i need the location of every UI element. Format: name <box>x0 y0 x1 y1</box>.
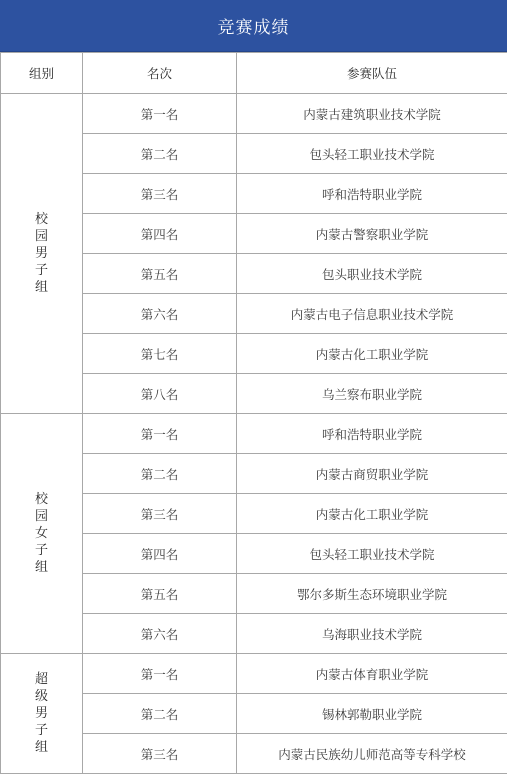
rank-cell: 第三名 <box>83 494 237 534</box>
rank-cell: 第五名 <box>83 254 237 294</box>
rank-cell: 第二名 <box>83 454 237 494</box>
team-cell: 呼和浩特职业学院 <box>237 414 507 454</box>
rank-cell: 第四名 <box>83 534 237 574</box>
column-header-group: 组别 <box>1 53 83 94</box>
rank-cell: 第五名 <box>83 574 237 614</box>
team-cell: 内蒙古化工职业学院 <box>237 334 507 374</box>
rank-cell: 第一名 <box>83 414 237 454</box>
team-cell: 鄂尔多斯生态环境职业学院 <box>237 574 507 614</box>
group-label: 校园男子组 <box>35 211 49 296</box>
column-header-rank: 名次 <box>83 53 237 94</box>
team-cell: 包头职业技术学院 <box>237 254 507 294</box>
team-cell: 内蒙古电子信息职业技术学院 <box>237 294 507 334</box>
team-cell: 内蒙古体育职业学院 <box>237 654 507 694</box>
team-cell: 内蒙古商贸职业学院 <box>237 454 507 494</box>
team-cell: 乌海职业技术学院 <box>237 614 507 654</box>
group-cell: 超级男子组 <box>1 654 83 774</box>
group-cell: 校园男子组 <box>1 94 83 414</box>
rank-cell: 第一名 <box>83 654 237 694</box>
group-cell: 校园女子组 <box>1 414 83 654</box>
team-cell: 包头轻工职业技术学院 <box>237 534 507 574</box>
table-title: 竞赛成绩 <box>218 13 290 38</box>
rank-cell: 第七名 <box>83 334 237 374</box>
team-cell: 内蒙古化工职业学院 <box>237 494 507 534</box>
rank-cell: 第一名 <box>83 94 237 134</box>
group-label: 校园女子组 <box>35 491 49 576</box>
table-title-bar: 竞赛成绩 <box>0 0 507 52</box>
team-cell: 内蒙古建筑职业技术学院 <box>237 94 507 134</box>
rank-cell: 第六名 <box>83 614 237 654</box>
team-cell: 呼和浩特职业学院 <box>237 174 507 214</box>
team-cell: 内蒙古警察职业学院 <box>237 214 507 254</box>
table-row: 校园女子组 第一名 呼和浩特职业学院 <box>1 414 507 454</box>
rank-cell: 第三名 <box>83 174 237 214</box>
table-row: 校园男子组 第一名 内蒙古建筑职业技术学院 <box>1 94 507 134</box>
column-header-team: 参赛队伍 <box>237 53 507 94</box>
rank-cell: 第四名 <box>83 214 237 254</box>
rank-cell: 第八名 <box>83 374 237 414</box>
header-row: 组别 名次 参赛队伍 <box>1 53 507 94</box>
rank-cell: 第二名 <box>83 694 237 734</box>
rank-cell: 第三名 <box>83 734 237 774</box>
team-cell: 锡林郭勒职业学院 <box>237 694 507 734</box>
rank-cell: 第六名 <box>83 294 237 334</box>
group-label: 超级男子组 <box>35 671 49 756</box>
rank-cell: 第二名 <box>83 134 237 174</box>
table-row: 超级男子组 第一名 内蒙古体育职业学院 <box>1 654 507 694</box>
team-cell: 乌兰察布职业学院 <box>237 374 507 414</box>
team-cell: 内蒙古民族幼儿师范高等专科学校 <box>237 734 507 774</box>
results-table: 组别 名次 参赛队伍 校园男子组 第一名 内蒙古建筑职业技术学院 第二名 包头轻… <box>0 52 507 774</box>
team-cell: 包头轻工职业技术学院 <box>237 134 507 174</box>
